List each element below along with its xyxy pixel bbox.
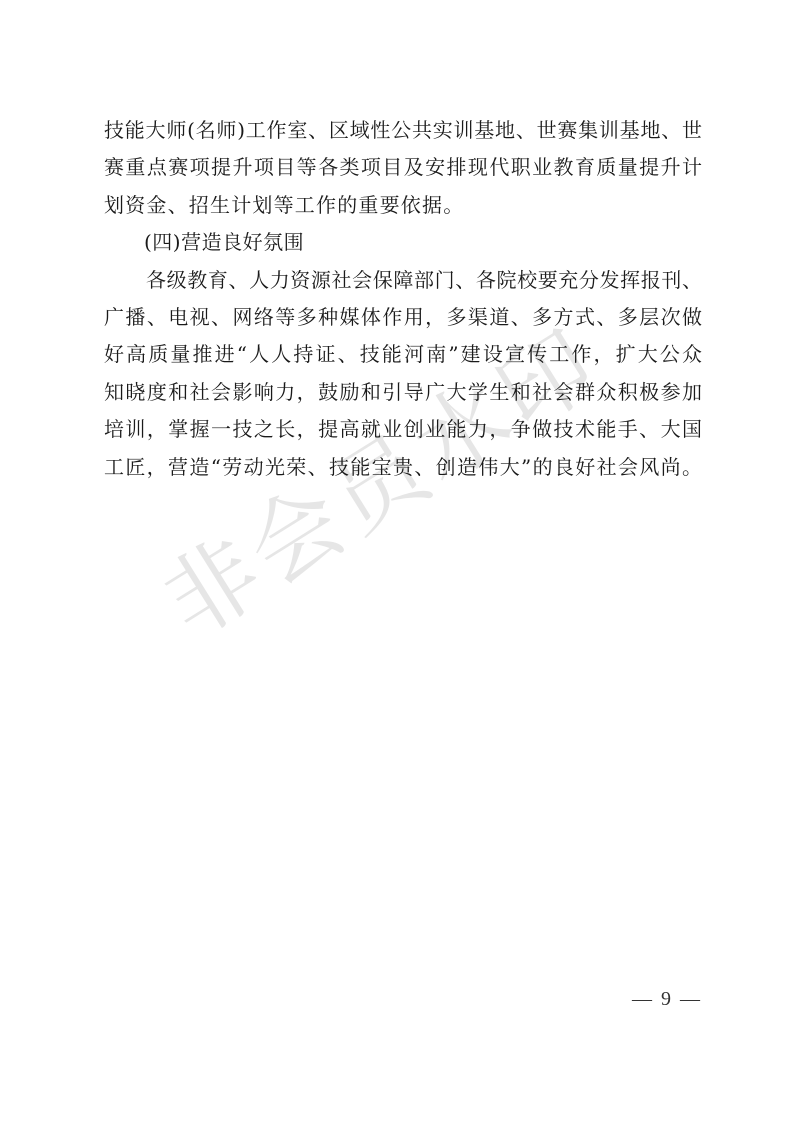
- text-line: 各级教育、人力资源社会保障部门、各院校要充分发挥报刊、: [104, 262, 702, 299]
- text-line: 知晓度和社会影响力，鼓励和引导广大学生和社会群众积极参加: [104, 374, 702, 411]
- document-page: 非会员水印 技能大师(名师)工作室、区域性公共实训基地、世赛集训基地、世 赛重点…: [0, 0, 794, 1123]
- text-line: 赛重点赛项提升项目等各类项目及安排现代职业教育质量提升计: [104, 149, 702, 186]
- text-line: 培训，掌握一技之长，提高就业创业能力，争做技术能手、大国: [104, 411, 702, 448]
- text-line: 广播、电视、网络等多种媒体作用，多渠道、多方式、多层次做: [104, 299, 702, 336]
- text-line: 划资金、招生计划等工作的重要依据。: [104, 187, 702, 224]
- text-line: 工匠，营造“劳动光荣、技能宝贵、创造伟大”的良好社会风尚。: [104, 449, 702, 486]
- text-line: 好高质量推进“人人持证、技能河南”建设宣传工作，扩大公众: [104, 336, 702, 373]
- body-text: 技能大师(名师)工作室、区域性公共实训基地、世赛集训基地、世 赛重点赛项提升项目…: [104, 112, 702, 486]
- text-line: 技能大师(名师)工作室、区域性公共实训基地、世赛集训基地、世: [104, 112, 702, 149]
- section-heading: (四)营造良好氛围: [104, 224, 702, 261]
- page-number: — 9 —: [632, 988, 702, 1011]
